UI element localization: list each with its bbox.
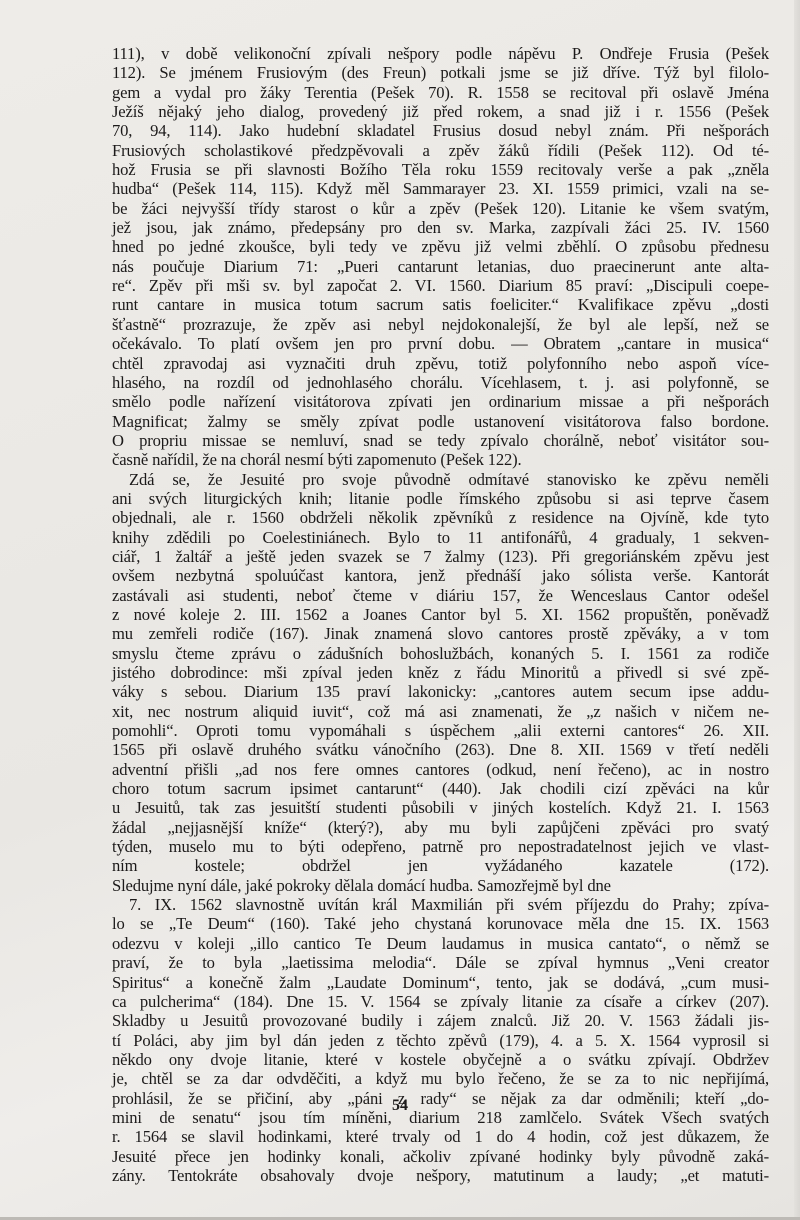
text-line: časně nařídil, že na chorál nesmí býti z… [112, 450, 769, 469]
text-line: ním kostele; obdržel jen vyžádaného kaza… [112, 856, 769, 875]
text-line: odezvu v koleji „illo cantico Te Deum la… [112, 934, 769, 953]
text-line: objednali, ale r. 1560 obdrželi několik … [112, 508, 769, 527]
text-line: runt cantare in musica totum sacrum sati… [112, 295, 769, 314]
scanned-page: 111), v době velikonoční zpívali nešpory… [0, 0, 800, 1220]
text-line: re“. Zpěv při mši sv. byl započat 2. VI.… [112, 276, 769, 295]
text-line: šťastně“ prozrazuje, že zpěv asi nebyl n… [112, 315, 769, 334]
text-line: Magnificat; žalmy se směly zpívat podle … [112, 412, 769, 431]
text-line: mu zemřeli rodiče (167). Jinak znamená s… [112, 624, 769, 643]
text-line [112, 1185, 769, 1204]
text-line: očekávalo. To platí ovšem jen pro první … [112, 334, 769, 353]
text-line: ovšem nezbytná spoluúčast kantora, jenž … [112, 566, 769, 585]
text-line: pomohli“. Oproti tomu vypomáhali s úspěc… [112, 721, 769, 740]
text-line: ca pulcherima“ (184). Dne 15. V. 1564 se… [112, 992, 769, 1011]
text-line: ani svých liturgických knih; litanie pod… [112, 489, 769, 508]
text-line: praví, že to byla „laetissima melodia“. … [112, 953, 769, 972]
text-line: smělo podle nařízení visitátorova zpívat… [112, 392, 769, 411]
text-line: xit, nec nostrum aliquid iuvit“, což má … [112, 702, 769, 721]
text-line: r. 1564 se slavil hodinkami, které trval… [112, 1127, 769, 1146]
text-line: jež jsou, jak známo, předepsány pro den … [112, 218, 769, 237]
text-line: gem a vydal pro žáky Terentia (Pešek 70)… [112, 83, 769, 102]
text-line: lo se „Te Deum“ (160). Také jeho chystan… [112, 914, 769, 933]
text-line: žádal „nejjasnější kníže“ (který?), aby … [112, 818, 769, 837]
text-line: Sledujme nyní dále, jaké pokroky dělala … [112, 876, 769, 895]
text-line: zány. Tentokráte obsahovaly dvoje nešpor… [112, 1166, 769, 1185]
text-line: ciář, 1 žaltář a ještě jeden svazek se 7… [112, 547, 769, 566]
text-line: z nové koleje 2. III. 1562 a Joanes Cant… [112, 605, 769, 624]
text-line: Frusiových scholastikové předzpěvovali a… [112, 141, 769, 160]
text-line: je, chtěl se za dar odvděčiti, a když mu… [112, 1069, 769, 1088]
text-line: Jesuité přece jen hodinky konali, ačkoli… [112, 1147, 769, 1166]
text-line: Spiritus“ a konečně žalm „Laudate Dominu… [112, 973, 769, 992]
text-line: hož Frusia se při slavnosti Božího Těla … [112, 160, 769, 179]
text-line: hned po jedné zkoušce, byli tedy ve zpěv… [112, 237, 769, 256]
text-line: hlasého, na rozdíl od jednohlasého chorá… [112, 373, 769, 392]
paragraph-start-line: Zdá se, že Jesuité pro svoje původně odm… [112, 470, 769, 489]
text-line: 112). Se jménem Frusiovým (des Freun) po… [112, 63, 769, 82]
text-line: knihy zdědili po Coelestiniánech. Bylo t… [112, 528, 769, 547]
text-line: chtěl zpravodaj asi vyznačiti druh zpěvu… [112, 354, 769, 373]
text-line: Skladby u Jesuitů provozované budily i z… [112, 1011, 769, 1030]
text-line: u Jesuitů, tak zas jesuitští studenti pů… [112, 798, 769, 817]
text-line: 1565 při oslavě druhého svátku vánočního… [112, 740, 769, 759]
text-line: jistého dobrodince: mši zpíval jeden kně… [112, 663, 769, 682]
text-line: O propriu missae se nemluví, snad se ted… [112, 431, 769, 450]
text-line: 111), v době velikonoční zpívali nešpory… [112, 44, 769, 63]
text-line: nás poučuje Diarium 71: „Pueri cantarunt… [112, 257, 769, 276]
text-line: choro totum sacrum ipsimet cantarunt“ (4… [112, 779, 769, 798]
text-line: smyslu čteme zprávu o zádušních bohosluž… [112, 644, 769, 663]
text-line: zastávali asi studenti, neboť čteme v di… [112, 586, 769, 605]
text-line: 70, 94, 114). Jako hudební skladatel Fru… [112, 121, 769, 140]
text-line: váky s sebou. Diarium 135 praví lakonick… [112, 682, 769, 701]
page-number: 54 [0, 1097, 800, 1115]
paragraph-start-line: 7. IX. 1562 slavnostně uvítán král Maxmi… [112, 895, 769, 914]
text-line: tí Poláci, aby jim byl dán jeden z těcht… [112, 1031, 769, 1050]
text-line: někdo ony dvoje litanie, které v kostele… [112, 1050, 769, 1069]
text-line: Ježíš nějaký jeho dialog, provedený již … [112, 102, 769, 121]
text-line: adventní přišli „ad nos fere omnes canto… [112, 760, 769, 779]
text-line: hudba“ (Pešek 114, 115). Když měl Sammar… [112, 179, 769, 198]
text-line: týden, muselo mu to býti odepřeno, patrn… [112, 837, 769, 856]
text-line: be žáci nejvyšší třídy starost o kůr a z… [112, 199, 769, 218]
body-text: 111), v době velikonoční zpívali nešpory… [112, 44, 769, 1205]
page-edge-shadow [794, 0, 800, 1220]
